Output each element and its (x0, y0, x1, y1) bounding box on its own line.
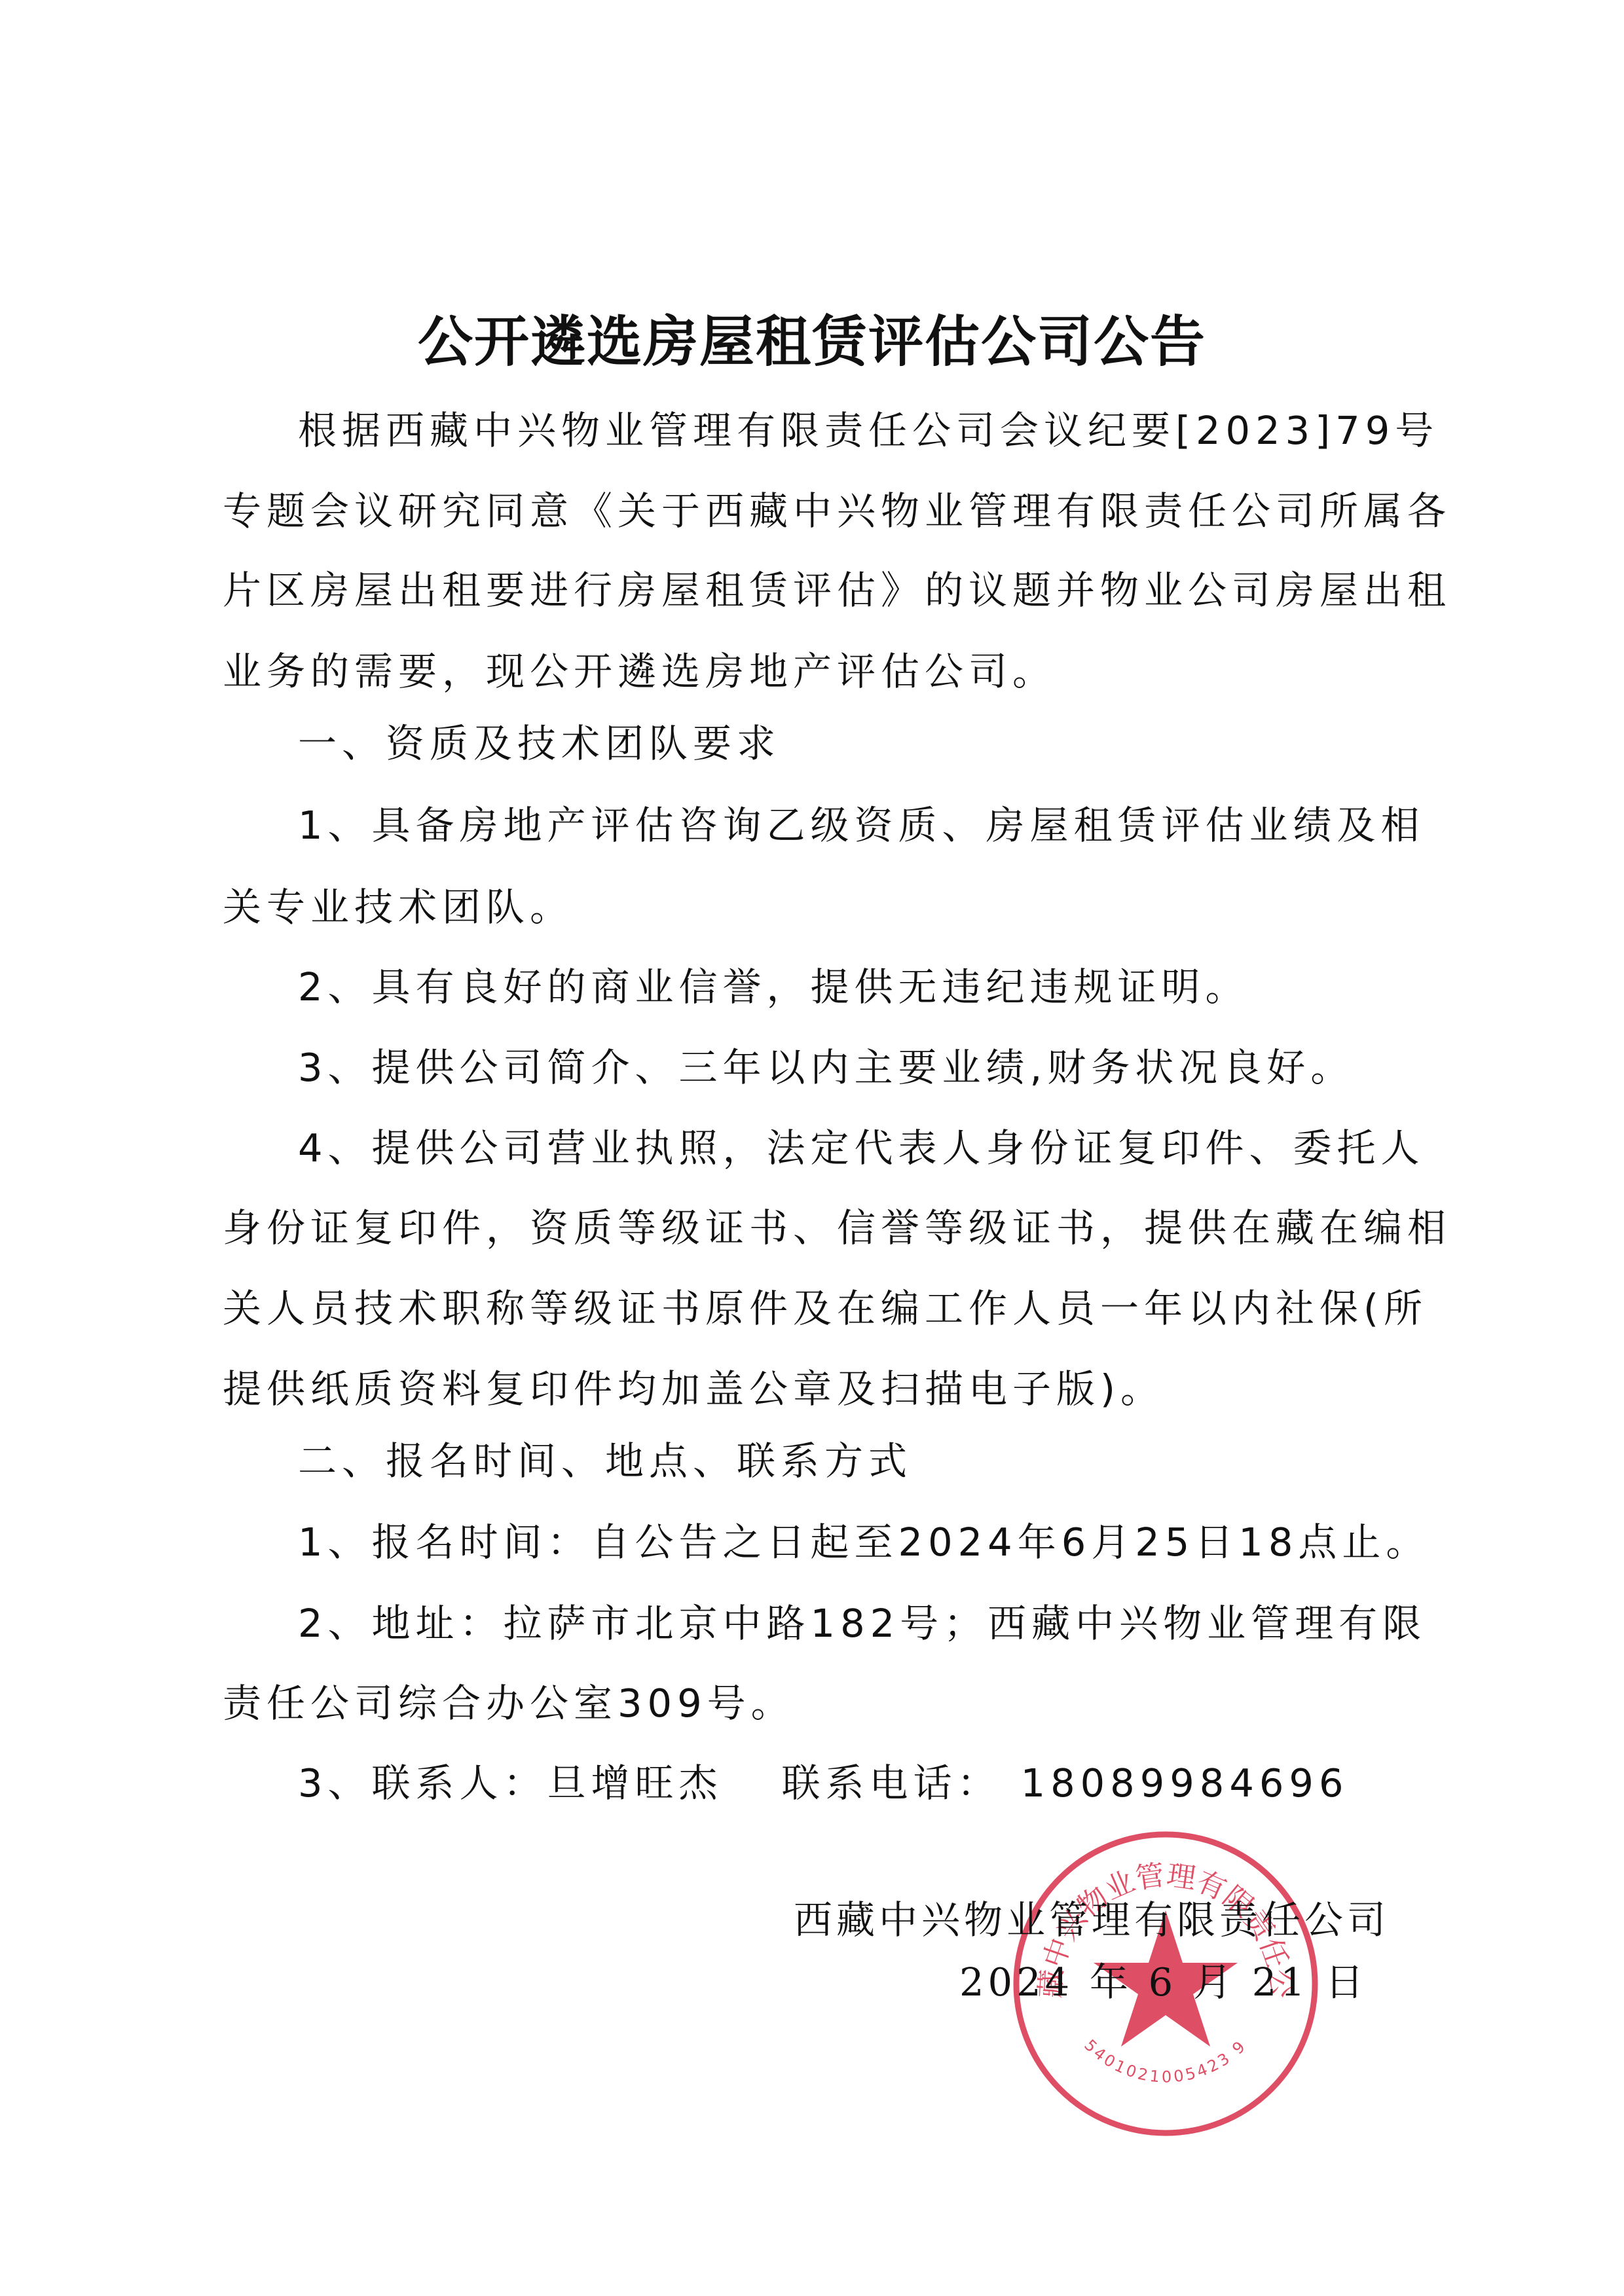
section-heading: 二、报名时间、地点、联系方式 (298, 1438, 1477, 1485)
registration-time: 1、报名时间：自公告之日起至2024年6月25日18点止。 (298, 1519, 1477, 1566)
registration-address: 2、地址：拉萨市北京中路182号；西藏中兴物业管理有限 (298, 1600, 1477, 1647)
intro-line: 专题会议研究同意《关于西藏中兴物业管理有限责任公司所属各 (223, 488, 1401, 535)
requirement-item-cont: 提供纸质资料复印件均加盖公章及扫描电子版)。 (223, 1366, 1401, 1413)
intro-line: 业务的需要，现公开遴选房地产评估公司。 (223, 648, 1401, 695)
requirement-item: 4、提供公司营业执照，法定代表人身份证复印件、委托人 (298, 1125, 1477, 1172)
requirement-item: 1、具备房地产评估咨询乙级资质、房屋租赁评估业绩及相 (298, 802, 1477, 849)
requirement-item-cont: 身份证复印件，资质等级证书、信誉等级证书，提供在藏在编相 (223, 1205, 1401, 1252)
issuer-company: 西藏中兴物业管理有限责任公司 (794, 1889, 1390, 1944)
intro-line: 片区房屋出租要进行房屋租赁评估》的议题并物业公司房屋出租 (223, 567, 1401, 614)
registration-address-cont: 责任公司综合办公室309号。 (223, 1680, 1401, 1727)
phone-label: 联系电话： (782, 1760, 1001, 1806)
intro-line: 根据西藏中兴物业管理有限责任公司会议纪要[2023]79号 (298, 407, 1477, 454)
requirement-item: 2、具有良好的商业信誉，提供无违纪违规证明。 (298, 964, 1477, 1011)
requirement-item-cont: 关专业技术团队。 (223, 884, 1401, 931)
phone-number: 18089984696 (1021, 1760, 1349, 1806)
requirement-item-cont: 关人员技术职称等级证书原件及在编工作人员一年以内社保(所 (223, 1285, 1401, 1332)
contact-line: 3、联系人：旦增旺杰联系电话：18089984696 (298, 1760, 1477, 1807)
svg-text:5401021005423 9: 5401021005423 9 (1080, 2036, 1250, 2086)
document-title: 公开遴选房屋租赁评估公司公告 (0, 298, 1624, 377)
contact-person: 3、联系人：旦增旺杰 (298, 1760, 723, 1806)
issue-date: 2024 年 6 月 21 日 (959, 1951, 1368, 2007)
requirement-item: 3、提供公司简介、三年以内主要业绩,财务状况良好。 (298, 1044, 1477, 1091)
section-heading: 一、资质及技术团队要求 (298, 720, 1477, 767)
